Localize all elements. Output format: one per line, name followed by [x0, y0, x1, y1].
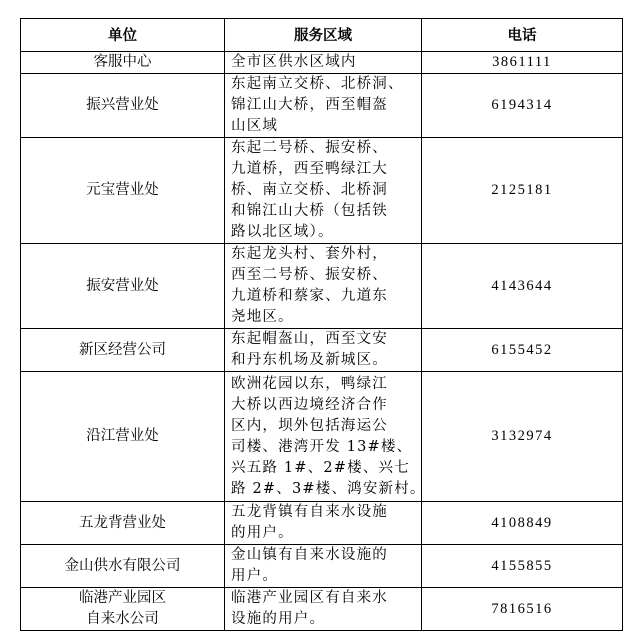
service-area-cell: 东起龙头村、套外村，西至二号桥、振安桥、九道桥和蔡家、九道东尧地区。 [225, 244, 422, 329]
unit-cell: 临港产业园区自来水公司 [21, 588, 225, 631]
service-area-line: 路 2#、3#楼、鸿安新村。 [231, 479, 419, 500]
unit-name-line: 振安营业处 [21, 276, 224, 297]
unit-name-line: 金山供水有限公司 [21, 556, 224, 577]
unit-cell: 客服中心 [21, 52, 225, 74]
table-row: 沿江营业处欧洲花园以东，鸭绿江大桥以西边境经济合作区内，坝外包括海运公司楼、港湾… [21, 372, 623, 502]
phone-cell: 7816516 [422, 588, 623, 631]
service-area-line: 兴五路 1#、2#楼、兴七 [231, 458, 419, 479]
unit-cell: 五龙背营业处 [21, 502, 225, 545]
phone-cell: 3861111 [422, 52, 623, 74]
service-area-cell: 欧洲花园以东，鸭绿江大桥以西边境经济合作区内，坝外包括海运公司楼、港湾开发 13… [225, 372, 422, 502]
service-area-line: 设施的用户。 [231, 609, 419, 630]
unit-cell: 元宝营业处 [21, 138, 225, 244]
phone-cell: 2125181 [422, 138, 623, 244]
unit-cell: 金山供水有限公司 [21, 545, 225, 588]
unit-cell: 新区经营公司 [21, 329, 225, 372]
unit-cell: 振兴营业处 [21, 74, 225, 138]
service-area-line: 司楼、港湾开发 13#楼、 [231, 437, 419, 458]
service-area-table: 单位 服务区域 电话 客服中心全市区供水区域内3861111振兴营业处东起南立交… [20, 18, 623, 631]
unit-name-line: 自来水公司 [21, 609, 224, 630]
table-row: 元宝营业处东起二号桥、振安桥、九道桥，西至鸭绿江大桥、南立交桥、北桥洞和锦江山大… [21, 138, 623, 244]
service-area-line: 东起南立交桥、北桥洞、 [231, 74, 419, 95]
phone-cell: 4155855 [422, 545, 623, 588]
service-area-line: 九道桥和蔡家、九道东 [231, 286, 419, 307]
service-area-line: 的用户。 [231, 523, 419, 544]
service-area-line: 山区域 [231, 116, 419, 137]
table-row: 五龙背营业处五龙背镇有自来水设施的用户。4108849 [21, 502, 623, 545]
unit-name-line: 临港产业园区 [21, 588, 224, 609]
service-area-line: 尧地区。 [231, 307, 419, 328]
service-area-line: 桥、南立交桥、北桥洞 [231, 180, 419, 201]
service-area-line: 区内，坝外包括海运公 [231, 416, 419, 437]
table-row: 临港产业园区自来水公司临港产业园区有自来水设施的用户。7816516 [21, 588, 623, 631]
phone-cell: 4108849 [422, 502, 623, 545]
unit-name-line: 五龙背营业处 [21, 513, 224, 534]
unit-cell: 沿江营业处 [21, 372, 225, 502]
service-area-line: 九道桥，西至鸭绿江大 [231, 159, 419, 180]
unit-name-line: 振兴营业处 [21, 95, 224, 116]
service-area-cell: 五龙背镇有自来水设施的用户。 [225, 502, 422, 545]
service-area-cell: 东起二号桥、振安桥、九道桥，西至鸭绿江大桥、南立交桥、北桥洞和锦江山大桥（包括铁… [225, 138, 422, 244]
service-area-line: 锦江山大桥，西至帽盔 [231, 95, 419, 116]
table-row: 金山供水有限公司金山镇有自来水设施的用户。4155855 [21, 545, 623, 588]
phone-cell: 3132974 [422, 372, 623, 502]
service-area-line: 西至二号桥、振安桥、 [231, 265, 419, 286]
unit-cell: 振安营业处 [21, 244, 225, 329]
phone-cell: 6155452 [422, 329, 623, 372]
service-area-cell: 金山镇有自来水设施的用户。 [225, 545, 422, 588]
unit-name-line: 客服中心 [21, 52, 224, 73]
unit-name-line: 新区经营公司 [21, 340, 224, 361]
service-area-line: 金山镇有自来水设施的 [231, 545, 419, 566]
table-header-row: 单位 服务区域 电话 [21, 19, 623, 52]
phone-cell: 4143644 [422, 244, 623, 329]
table-row: 客服中心全市区供水区域内3861111 [21, 52, 623, 74]
table-row: 新区经营公司东起帽盔山，西至文安和丹东机场及新城区。6155452 [21, 329, 623, 372]
table-row: 振兴营业处东起南立交桥、北桥洞、锦江山大桥，西至帽盔山区域6194314 [21, 74, 623, 138]
service-area-cell: 临港产业园区有自来水设施的用户。 [225, 588, 422, 631]
service-area-line: 东起龙头村、套外村， [231, 244, 419, 265]
service-area-line: 大桥以西边境经济合作 [231, 395, 419, 416]
service-area-line: 临港产业园区有自来水 [231, 588, 419, 609]
header-service-area: 服务区域 [225, 19, 422, 52]
service-area-cell: 全市区供水区域内 [225, 52, 422, 74]
service-area-line: 五龙背镇有自来水设施 [231, 502, 419, 523]
service-area-line: 路以北区域）。 [231, 222, 419, 243]
service-area-line: 全市区供水区域内 [231, 52, 419, 73]
service-area-line: 东起二号桥、振安桥、 [231, 138, 419, 159]
service-area-line: 和丹东机场及新城区。 [231, 350, 419, 371]
service-area-line: 和锦江山大桥（包括铁 [231, 201, 419, 222]
table-row: 振安营业处东起龙头村、套外村，西至二号桥、振安桥、九道桥和蔡家、九道东尧地区。4… [21, 244, 623, 329]
unit-name-line: 沿江营业处 [21, 426, 224, 447]
service-area-cell: 东起南立交桥、北桥洞、锦江山大桥，西至帽盔山区域 [225, 74, 422, 138]
service-area-line: 欧洲花园以东，鸭绿江 [231, 374, 419, 395]
header-phone: 电话 [422, 19, 623, 52]
phone-cell: 6194314 [422, 74, 623, 138]
service-area-line: 用户。 [231, 566, 419, 587]
service-area-line: 东起帽盔山，西至文安 [231, 329, 419, 350]
unit-name-line: 元宝营业处 [21, 180, 224, 201]
header-unit: 单位 [21, 19, 225, 52]
service-area-cell: 东起帽盔山，西至文安和丹东机场及新城区。 [225, 329, 422, 372]
